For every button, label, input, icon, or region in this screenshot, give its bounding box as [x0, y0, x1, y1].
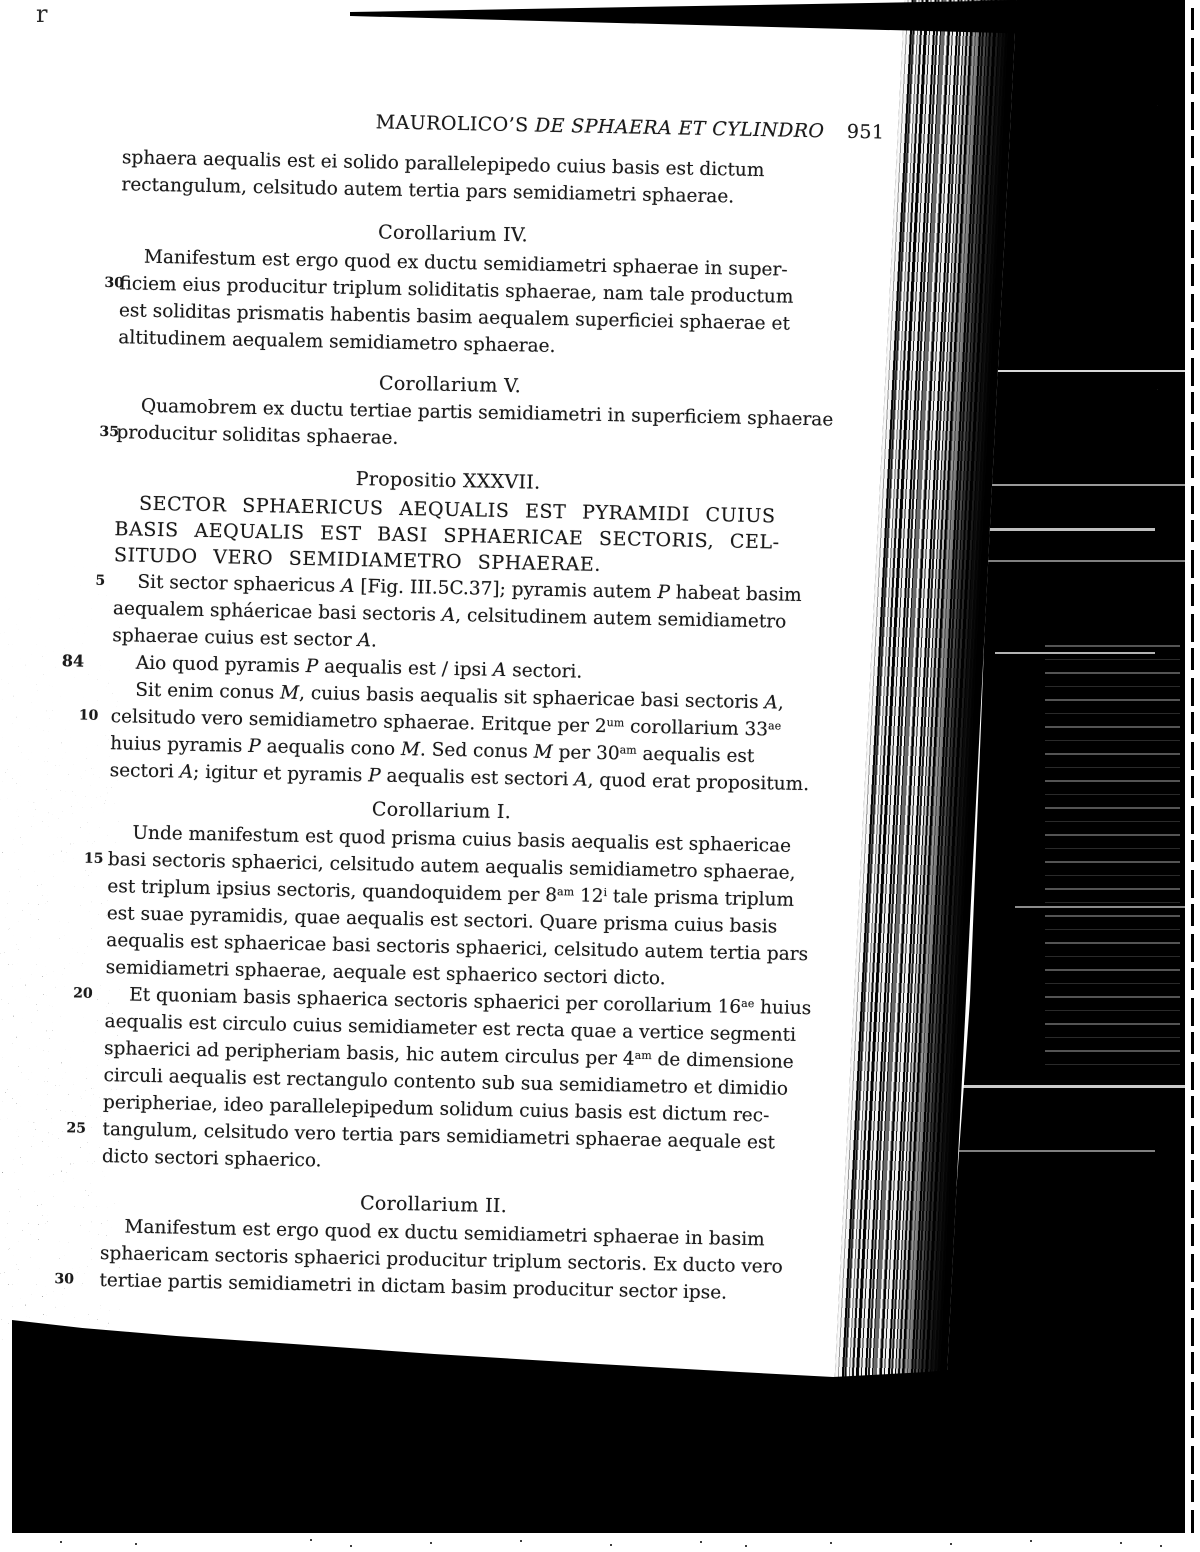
page-text-column: MAUROLICO’S DE SPHAERA ET CYLINDRO 951 s…	[99, 104, 788, 1307]
text-blocks: sphaera aequalis est ei solido parallele…	[99, 144, 787, 1307]
edition-page-marker-84: 84	[62, 647, 85, 674]
propositio-37-enunciation: SECTOR SPHAERICUS AEQUALIS EST PYRAMIDI …	[114, 490, 780, 581]
running-header: MAUROLICO’S DE SPHAERA ET CYLINDRO 951	[375, 109, 787, 144]
line-number-25: 25	[66, 1115, 86, 1142]
propositio-37-proof-paragraph: Sit enim conus M, cuius basis aequalis s…	[109, 676, 776, 797]
running-header-author: MAUROLICO’S	[376, 111, 529, 136]
corner-registration-mark: r	[36, 0, 47, 28]
right-page-margin	[1185, 0, 1200, 1552]
bottom-strip-specks	[60, 1541, 62, 1543]
line-number-35: 35	[99, 419, 119, 446]
scanned-book-page: r MAUROLICO’S DE SPHAERA ET CYLINDRO 951…	[0, 0, 1200, 1552]
propositio-37-setup-paragraph: Sit sector sphaericus A [Fig. III.5C.37]…	[112, 568, 778, 662]
book-top-edge-shadow	[350, 0, 1040, 34]
bottom-white-strip	[0, 1533, 1200, 1552]
line-number-15: 15	[84, 846, 104, 873]
right-margin-dashed-line	[1191, 8, 1194, 1546]
page-number: 951	[847, 121, 885, 144]
line-number-5: 5	[95, 568, 105, 595]
line-number-30a: 30	[104, 270, 124, 297]
continuation-paragraph: sphaera aequalis est ei solido parallele…	[121, 144, 787, 211]
corollarium-4-paragraph: Manifestum est ergo quod ex ductu semidi…	[118, 243, 785, 364]
corollarium-2-paragraph: Manifestum est ergo quod ex ductu semidi…	[99, 1213, 765, 1307]
corollarium-1-second-paragraph: Et quoniam basis sphaerica sectoris spha…	[102, 981, 771, 1183]
running-header-title: DE SPHAERA ET CYLINDRO	[535, 115, 825, 143]
line-number-20: 20	[73, 980, 93, 1007]
corollarium-1-paragraph: Unde manifestum est quod prisma cuius ba…	[105, 819, 773, 994]
line-number-10: 10	[79, 702, 99, 729]
line-number-30b: 30	[54, 1266, 74, 1293]
